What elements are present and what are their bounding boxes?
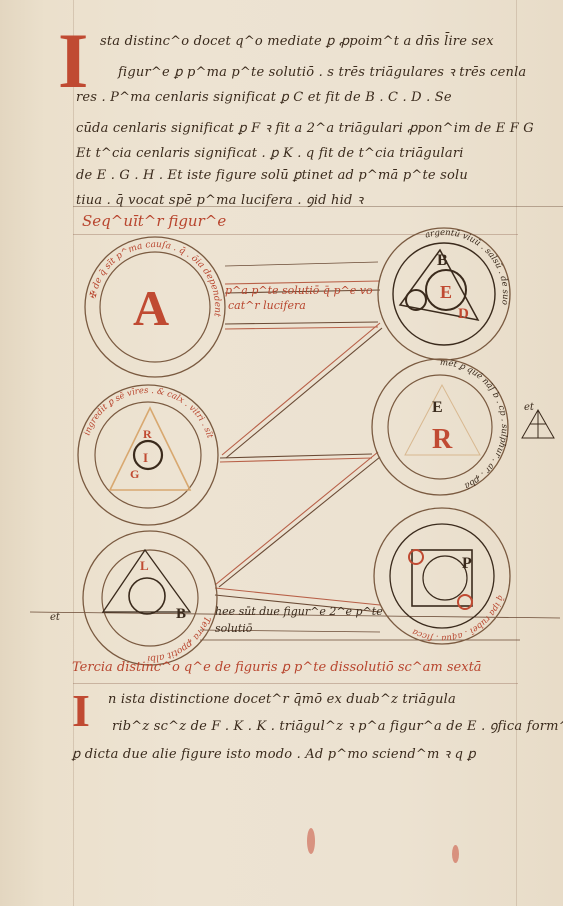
svg-text:B: B [176, 606, 186, 622]
figure-note: solutiō [215, 622, 252, 635]
margin-triangle-sketch [522, 410, 554, 438]
svg-text:R: R [432, 424, 453, 455]
svg-text:I: I [143, 450, 148, 465]
ink-stain [307, 828, 315, 854]
svg-text:P: P [462, 555, 472, 572]
manuscript-page: I sta distinc^o docet q^o mediate ꝑ ꝓpoi… [0, 0, 563, 906]
margin-note-left: et [50, 612, 60, 623]
svg-text:E: E [440, 282, 452, 302]
decorated-initial-I-2: I [72, 688, 90, 734]
connector-caption: cat^r lucifera [228, 299, 306, 312]
rubric-heading-tercia: Tercia distinc^o q^e de figuris ꝑ p^te d… [72, 660, 482, 675]
alchemical-figures-diagram: A ✠ de q̄ sīt p^ma cauſa . q̄ . ōia depe… [0, 0, 563, 906]
svg-text:D: D [458, 306, 469, 322]
figure-circle-E: E R mēt ꝑ quē nāſ b . cp . sulphur . ar … [372, 358, 509, 495]
svg-text:G: G [130, 467, 139, 481]
figure-circle-A: A ✠ de q̄ sīt p^ma cauſa . q̄ . ōia depe… [85, 237, 225, 377]
text-line: rib^z sc^z de F . K . K . triāgul^z ꝛ p^… [112, 716, 563, 734]
figure-circle-H: P q̄ ipa rubeī . aqua . ſicca [374, 508, 510, 644]
ink-stain [452, 845, 459, 863]
svg-text:L: L [140, 558, 149, 573]
margin-note-right: et [524, 402, 534, 413]
figure-note: hee sūt due figur^e 2^e p^te [215, 605, 383, 618]
figure-circle-B: E B D argentū viuū . salsū . de suo [378, 228, 510, 360]
text-line: n ista distinctione docet^r q̄mō ex duab… [108, 692, 456, 707]
svg-text:B: B [437, 252, 448, 269]
svg-text:Terra ꝓpotit albi: Terra ꝓpotit albi [147, 615, 212, 663]
text-line: ꝑ dicta due alie figure isto modo . Ad p… [72, 744, 476, 762]
figure-circle-K: L B Terra ꝓpotit albi [83, 531, 217, 665]
svg-text:E: E [432, 399, 443, 416]
svg-text:R: R [143, 427, 152, 441]
connector-caption: p^a p^te solutiō q̄ p^e vo [225, 284, 373, 297]
svg-text:A: A [133, 280, 169, 336]
figure-circle-C: I R G ingredit ꝑ sē vīres . & calx . vit… [78, 385, 218, 525]
